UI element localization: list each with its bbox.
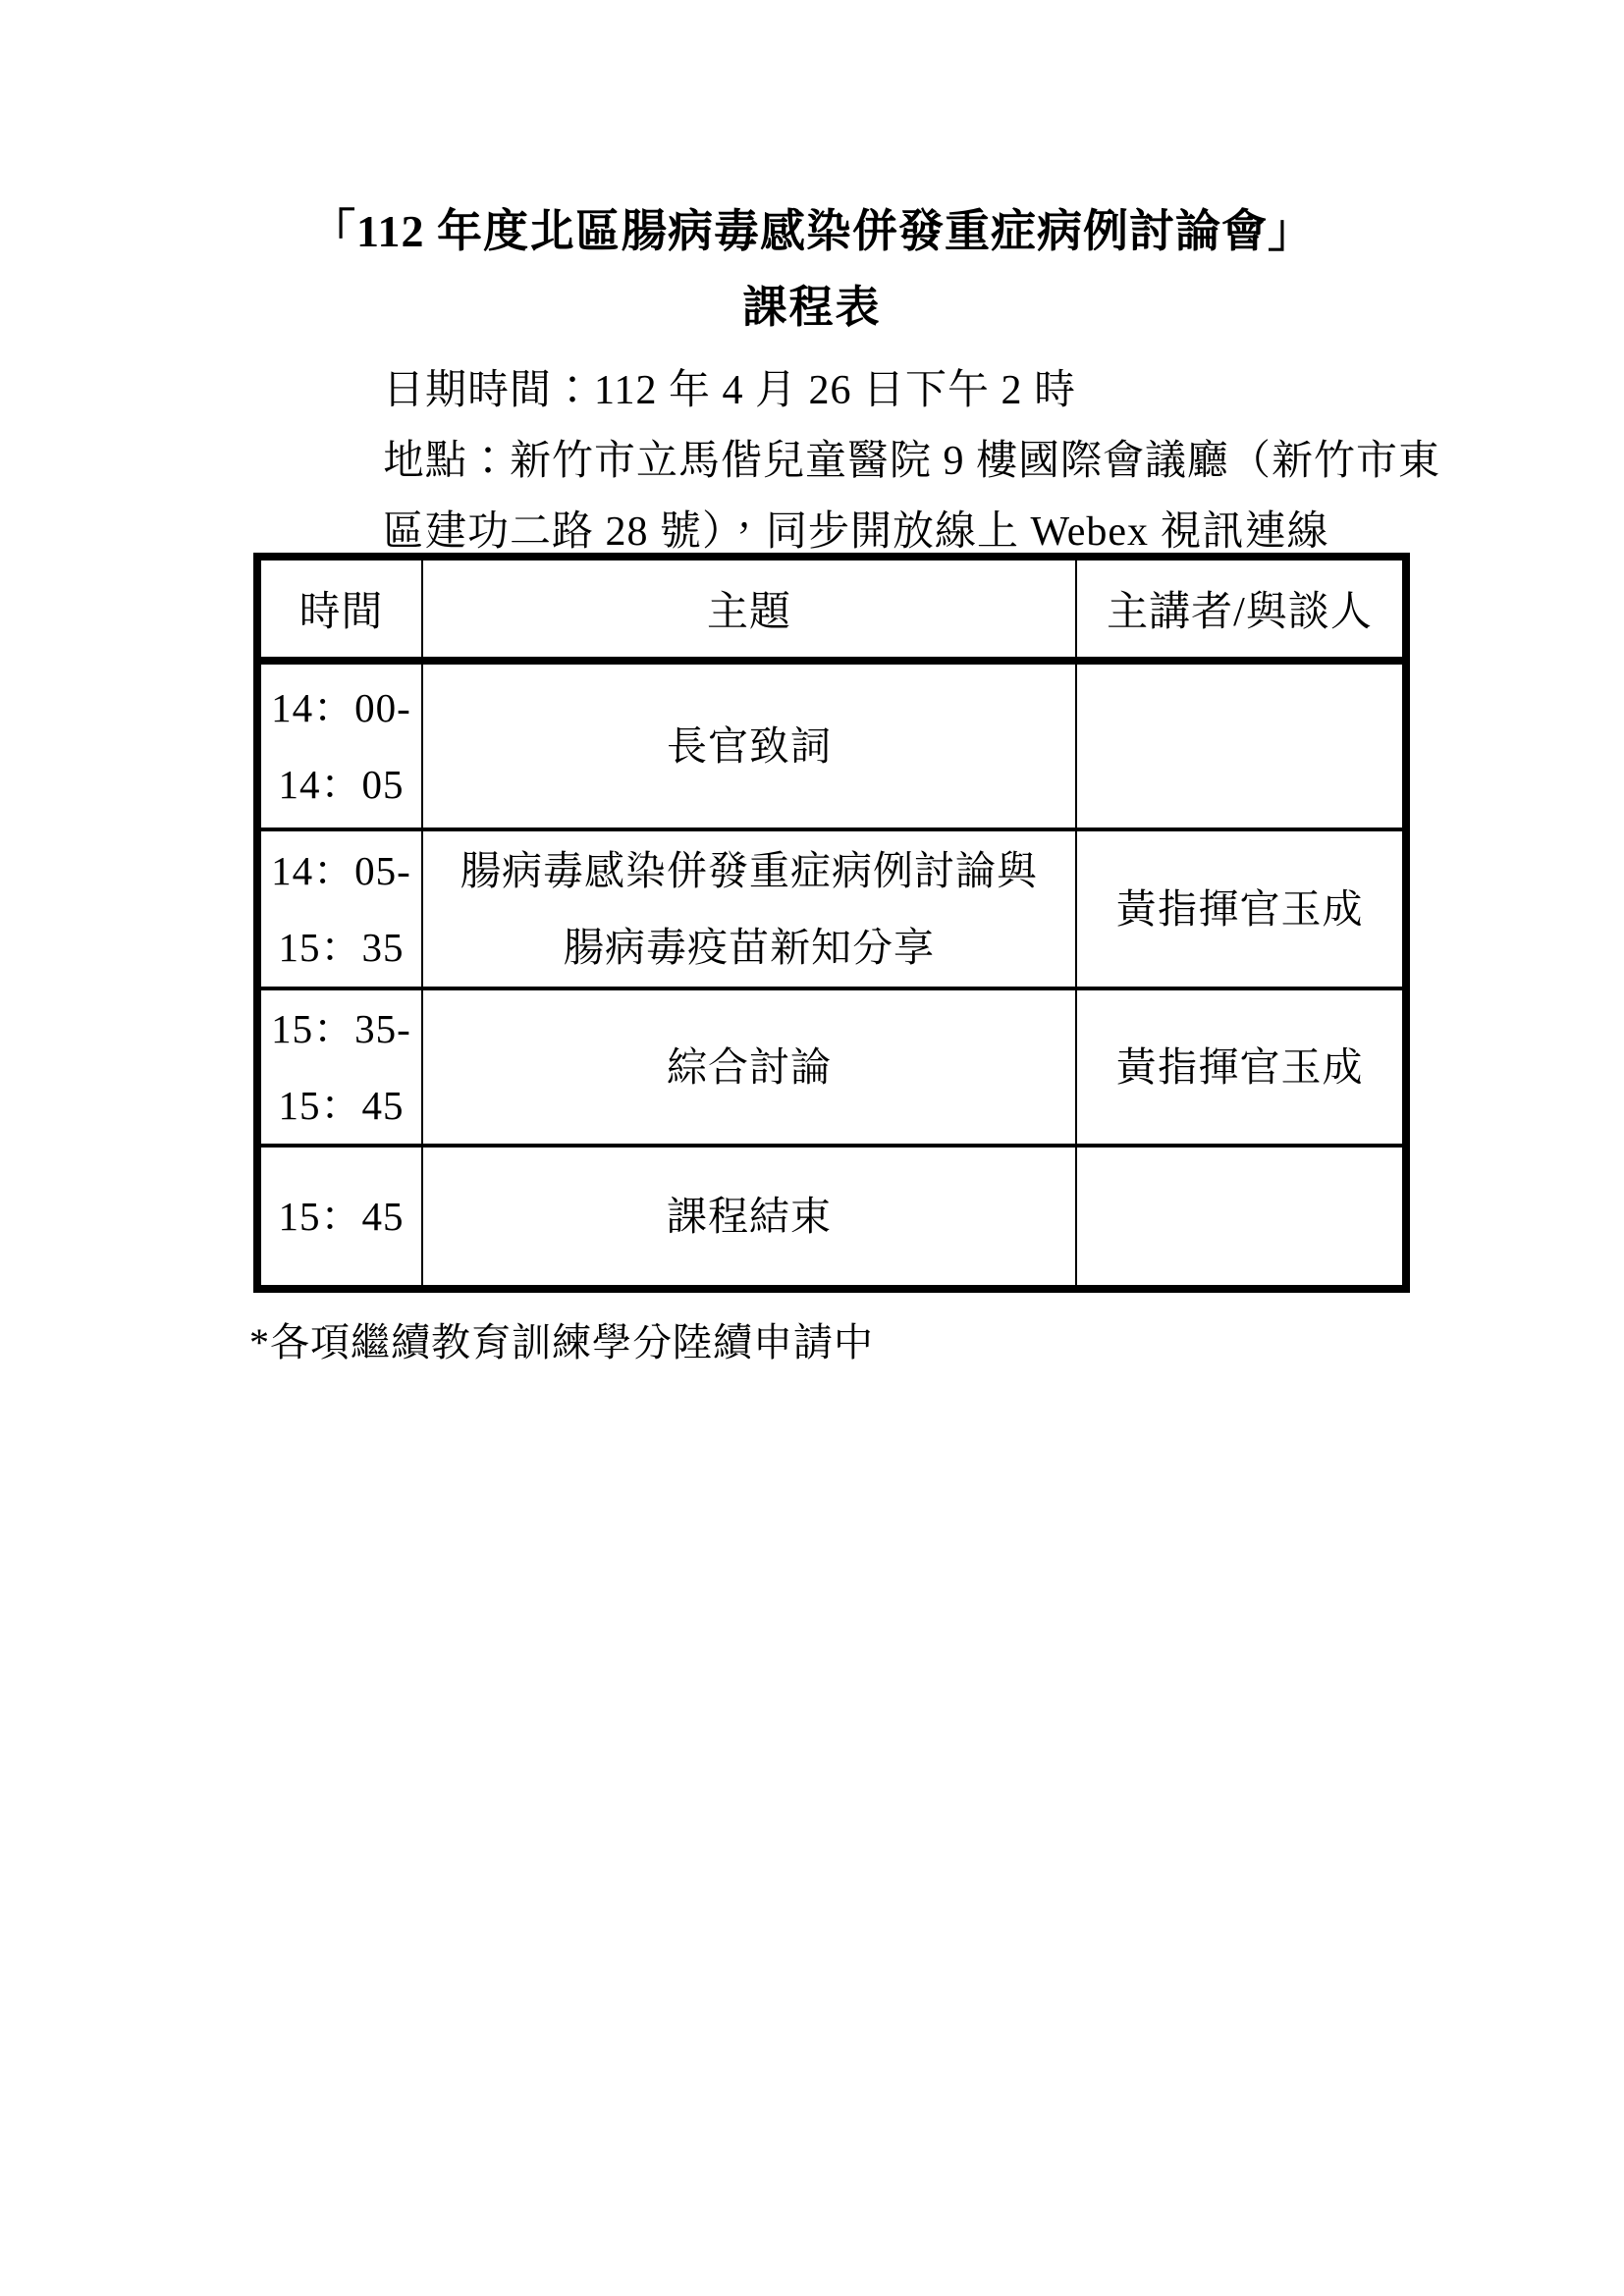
time-line: 14：00-	[269, 669, 413, 746]
location-line-1: 地點：新竹市立馬偕兒童醫院 9 樓國際會議廳（新竹市東	[383, 426, 1463, 497]
topic-line: 綜合討論	[431, 1029, 1067, 1105]
table-row-opening: 14：00- 14：05 長官致詞	[257, 661, 1406, 829]
time-line: 14：05-	[269, 832, 413, 909]
time-line: 15：35	[269, 909, 413, 986]
time-cell: 15：45	[257, 1146, 422, 1289]
time-line: 15：35-	[269, 990, 413, 1067]
time-cell: 14：05- 15：35	[257, 829, 422, 988]
topic-cell: 課程結束	[422, 1146, 1076, 1289]
time-line: 15：45	[269, 1178, 413, 1255]
schedule-subtitle: 課程表	[0, 279, 1624, 336]
speaker-name: 黃指揮官玉成	[1085, 1029, 1394, 1105]
credits-footnote: *各項繼續教育訓練學分陸續申請中	[249, 1311, 874, 1367]
time-cell: 14：00- 14：05	[257, 661, 422, 829]
topic-line: 長官致詞	[431, 708, 1067, 784]
speaker-name: 黃指揮官玉成	[1085, 871, 1394, 947]
speaker-cell	[1076, 661, 1406, 829]
table-row-general-discussion: 15：35- 15：45 綜合討論 黃指揮官玉成	[257, 988, 1406, 1146]
topic-line: 腸病毒感染併發重症病例討論與	[431, 832, 1067, 909]
col-header-speaker: 主講者/與談人	[1076, 557, 1406, 661]
col-header-topic: 主題	[422, 557, 1076, 661]
topic-cell: 長官致詞	[422, 661, 1076, 829]
speaker-cell: 黃指揮官玉成	[1076, 988, 1406, 1146]
time-line: 14：05	[269, 746, 413, 823]
topic-cell: 綜合討論	[422, 988, 1076, 1146]
speaker-cell: 黃指揮官玉成	[1076, 829, 1406, 988]
conference-title: 「112 年度北區腸病毒感染併發重症病例討論會」	[0, 202, 1624, 261]
time-cell: 15：35- 15：45	[257, 988, 422, 1146]
document-page: 「112 年度北區腸病毒感染併發重症病例討論會」 課程表 日期時間：112 年 …	[0, 0, 1624, 2296]
table-header-row: 時間 主題 主講者/與談人	[257, 557, 1406, 661]
topic-line: 腸病毒疫苗新知分享	[431, 909, 1067, 986]
time-line: 15：45	[269, 1067, 413, 1144]
table-row-case-discussion: 14：05- 15：35 腸病毒感染併發重症病例討論與 腸病毒疫苗新知分享 黃指…	[257, 829, 1406, 988]
col-header-time: 時間	[257, 557, 422, 661]
speaker-cell	[1076, 1146, 1406, 1289]
schedule-table: 時間 主題 主講者/與談人 14：00- 14：05 長官致詞	[253, 553, 1410, 1293]
datetime-line: 日期時間：112 年 4 月 26 日下午 2 時	[383, 355, 1463, 426]
topic-line: 課程結束	[431, 1178, 1067, 1255]
event-info-block: 日期時間：112 年 4 月 26 日下午 2 時 地點：新竹市立馬偕兒童醫院 …	[383, 355, 1463, 567]
table-row-closing: 15：45 課程結束	[257, 1146, 1406, 1289]
topic-cell: 腸病毒感染併發重症病例討論與 腸病毒疫苗新知分享	[422, 829, 1076, 988]
